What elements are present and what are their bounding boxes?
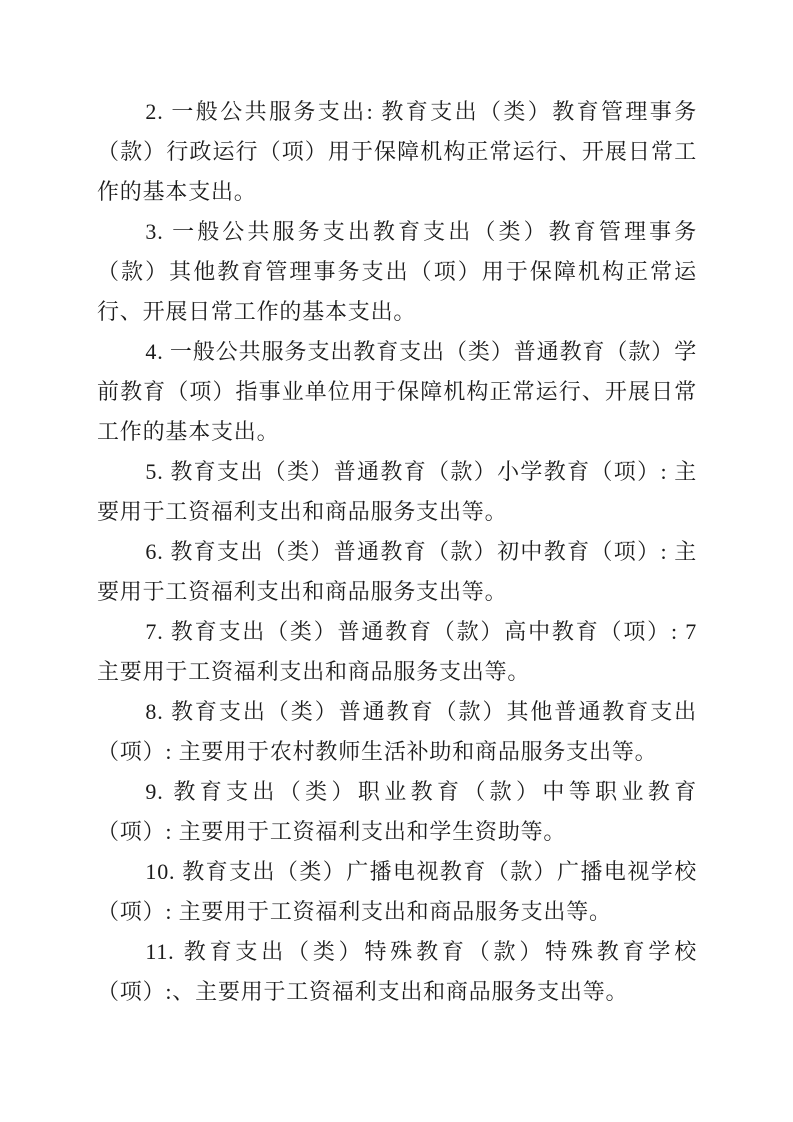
paragraph-item-4: 4. 一般公共服务支出教育支出（类）普通教育（款）学前教育（项）指事业单位用于保… [97,332,697,452]
paragraph-item-2: 2. 一般公共服务支出: 教育支出（类）教育管理事务（款）行政运行（项）用于保障… [97,92,697,212]
paragraph-item-7: 7. 教育支出（类）普通教育（款）高中教育（项）: 7 主要用于工资福利支出和商… [97,612,697,692]
paragraph-item-11: 11. 教育支出（类）特殊教育（款）特殊教育学校（项）:、主要用于工资福利支出和… [97,932,697,1012]
paragraph-item-5: 5. 教育支出（类）普通教育（款）小学教育（项）: 主要用于工资福利支出和商品服… [97,452,697,532]
paragraph-item-3: 3. 一般公共服务支出教育支出（类）教育管理事务（款）其他教育管理事务支出（项）… [97,212,697,332]
document-page: 2. 一般公共服务支出: 教育支出（类）教育管理事务（款）行政运行（项）用于保障… [0,0,793,1122]
paragraph-item-8: 8. 教育支出（类）普通教育（款）其他普通教育支出（项）: 主要用于农村教师生活… [97,692,697,772]
paragraph-item-10: 10. 教育支出（类）广播电视教育（款）广播电视学校（项）: 主要用于工资福利支… [97,852,697,932]
paragraph-item-6: 6. 教育支出（类）普通教育（款）初中教育（项）: 主要用于工资福利支出和商品服… [97,532,697,612]
paragraph-item-9: 9. 教育支出（类）职业教育（款）中等职业教育（项）: 主要用于工资福利支出和学… [97,772,697,852]
document-body: 2. 一般公共服务支出: 教育支出（类）教育管理事务（款）行政运行（项）用于保障… [97,92,697,1012]
